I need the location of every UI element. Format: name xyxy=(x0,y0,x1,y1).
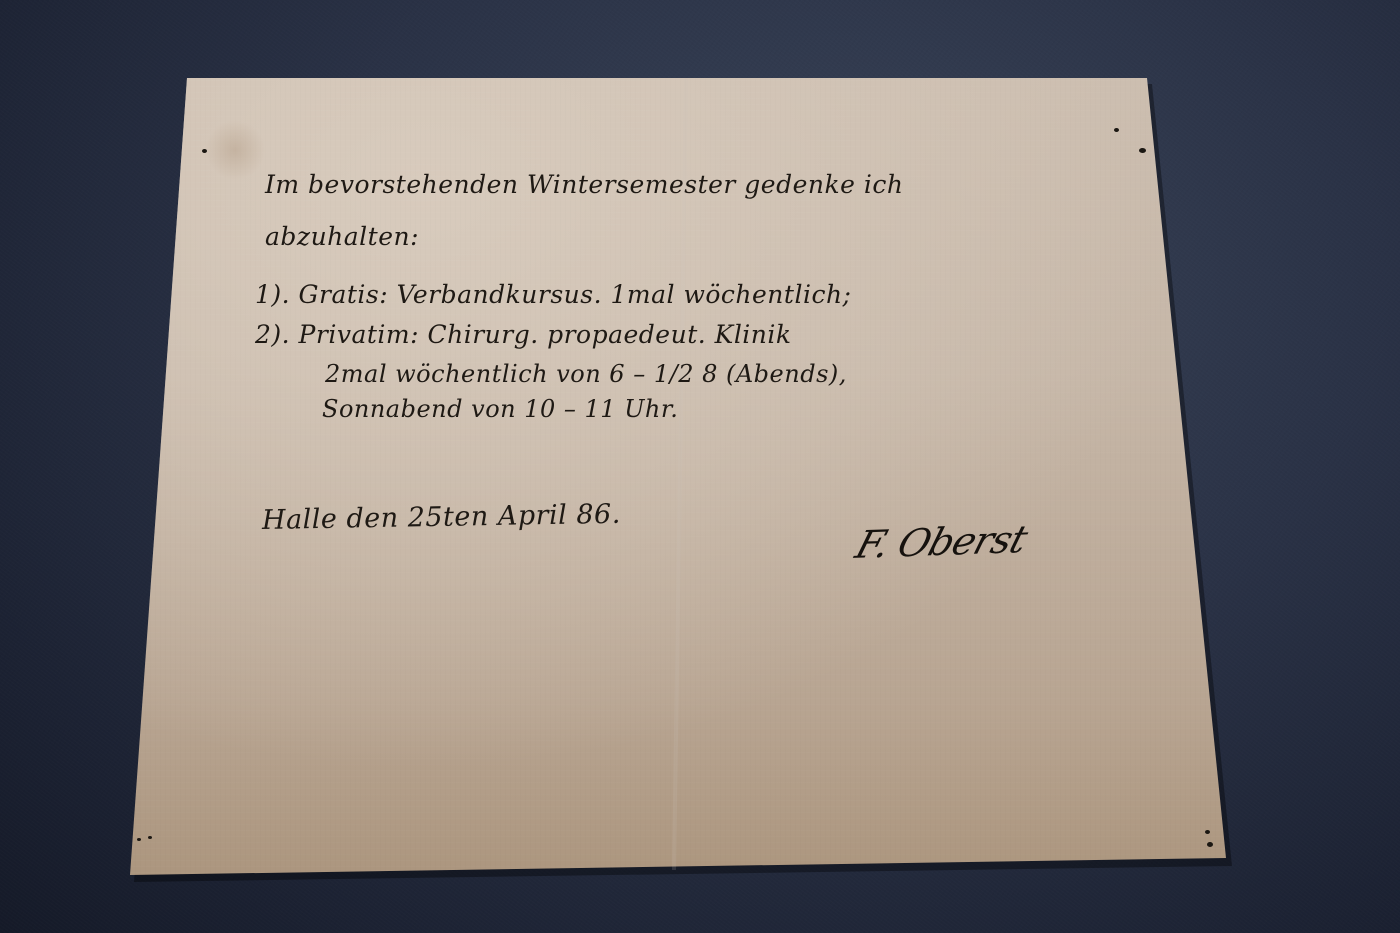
letter-line-1: Im bevorstehenden Wintersemester gedenke… xyxy=(265,170,904,199)
pinhole-bottom-right-1 xyxy=(1205,830,1210,834)
pinhole-top-left xyxy=(202,149,207,153)
pinhole-top-right-1 xyxy=(1114,128,1119,132)
letter-line-5: 2mal wöchentlich von 6 – 1/2 8 (Abends), xyxy=(325,360,847,388)
letter-line-6: Sonnabend von 10 – 11 Uhr. xyxy=(322,395,678,423)
pinhole-bottom-left-1 xyxy=(137,838,141,841)
pinhole-bottom-right-2 xyxy=(1207,842,1213,847)
letter-line-4: 2). Privatim: Chirurg. propaedeut. Klini… xyxy=(255,320,792,349)
pinhole-top-right-2 xyxy=(1139,148,1146,153)
signature: F. Oberst xyxy=(851,517,1032,567)
paper-stain xyxy=(205,120,265,180)
letter-line-2: abzuhalten: xyxy=(265,222,419,251)
pinhole-bottom-left-2 xyxy=(148,836,152,839)
letter-line-3: 1). Gratis: Verbandkursus. 1mal wöchentl… xyxy=(255,280,851,309)
place-and-date: Halle den 25ten April 86. xyxy=(262,499,621,536)
